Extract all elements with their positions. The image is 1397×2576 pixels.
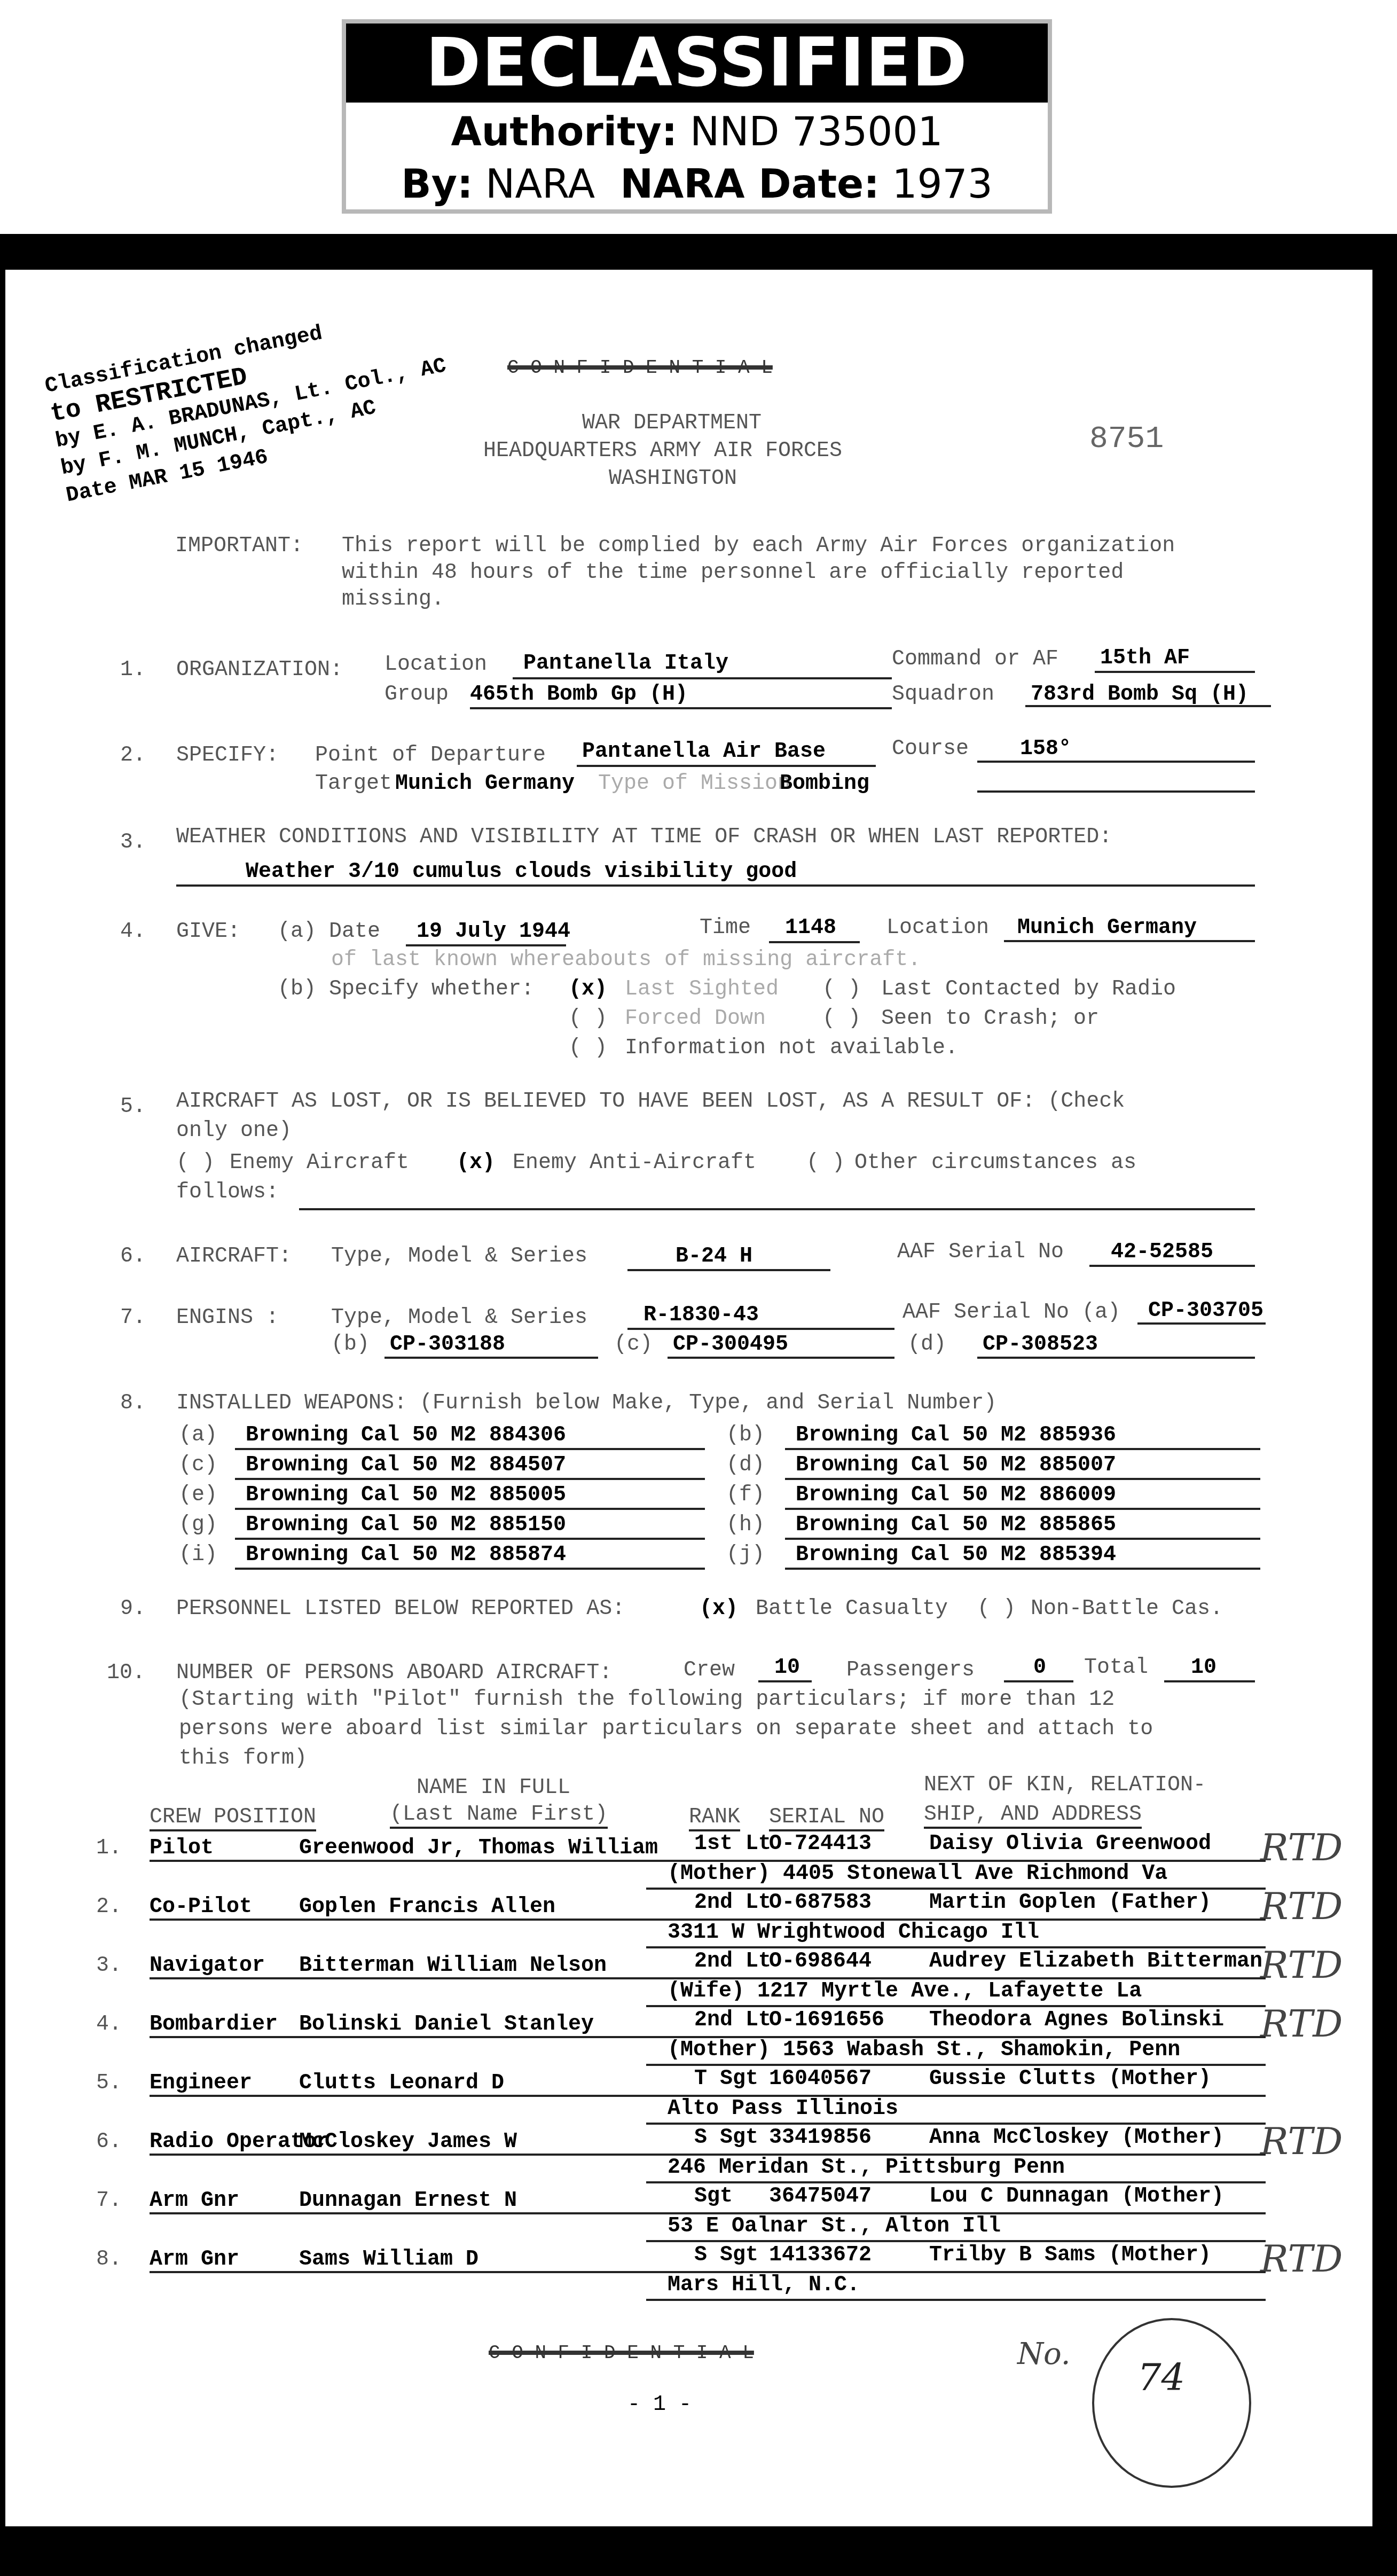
- engine-serial-a: CP-303705: [1148, 1299, 1263, 1323]
- date-note: of last known whereabouts of missing air…: [331, 948, 921, 972]
- departure-value: Pantanella Air Base: [582, 740, 826, 764]
- checkbox-anti-aircraft[interactable]: (x): [457, 1151, 495, 1175]
- crew-kin: Anna McCloskey (Mother): [929, 2126, 1224, 2150]
- engine-serial-label: AAF Serial No (a): [902, 1301, 1120, 1325]
- circled-number-value: 74: [1137, 2355, 1185, 2399]
- persons-aboard-label: NUMBER OF PERSONS ABOARD AIRCRAFT:: [176, 1661, 612, 1685]
- col-kin-top: NEXT OF KIN, RELATION-: [924, 1773, 1206, 1797]
- crew-name: McCloskey James W: [299, 2130, 517, 2154]
- weapon-key: (c): [179, 1453, 217, 1477]
- section-number: 4.: [120, 920, 146, 944]
- option-other: Other circumstances as: [854, 1151, 1136, 1175]
- crew-kin: Gussie Clutts (Mother): [929, 2067, 1211, 2091]
- total-count: 10: [1191, 1656, 1217, 1680]
- option-battle-casualty: Battle Casualty: [756, 1597, 948, 1621]
- command-label: Command or AF: [892, 647, 1058, 671]
- crew-kin-address: (Mother) 1563 Wabash St., Shamokin, Penn: [668, 2038, 1180, 2062]
- crew-kin: Audrey Elizabeth Bitterman: [929, 1949, 1262, 1974]
- page-number: - 1 -: [627, 2393, 692, 2417]
- date-label: (a) Date: [278, 920, 380, 944]
- weapon-key: (f): [726, 1483, 765, 1507]
- weather-label: WEATHER CONDITIONS AND VISIBILITY AT TIM…: [176, 825, 1112, 849]
- crew-serial: 14133672: [769, 2243, 872, 2267]
- squadron-value: 783rd Bomb Sq (H): [1031, 683, 1249, 707]
- crew-serial: 16040567: [769, 2067, 872, 2091]
- aircraft-type-label: Type, Model & Series: [331, 1244, 587, 1269]
- crew-rank: 2nd Lt: [694, 2008, 771, 2032]
- weapon-key: (g): [179, 1513, 217, 1537]
- classification-footer: C-O-N-F-I-D-E-N-T-I-A-L: [489, 2342, 754, 2364]
- persons-note: this form): [179, 1747, 307, 1771]
- war-department-heading: WAR DEPARTMENT: [582, 411, 762, 435]
- engine-serial-b: CP-303188: [390, 1333, 505, 1357]
- crew-name: Dunnagan Ernest N: [299, 2189, 517, 2213]
- engine-c-label: (c): [614, 1333, 653, 1357]
- checkbox-enemy-aircraft[interactable]: ( ): [176, 1151, 215, 1175]
- crew-rank: 2nd Lt: [694, 1891, 771, 1915]
- weapon-entry: Browning Cal 50 M2 885005: [246, 1483, 566, 1507]
- aircraft-serial-value: 42-52585: [1111, 1240, 1213, 1264]
- section-number: 7.: [120, 1306, 146, 1330]
- weapon-entry: Browning Cal 50 M2 885936: [796, 1423, 1116, 1447]
- crew-kin-address: (Mother) 4405 Stonewall Ave Richmond Va: [668, 1862, 1167, 1886]
- authority-label: Authority:: [451, 109, 677, 155]
- report-number: 8751: [1089, 422, 1164, 457]
- persons-note: persons were aboard list similar particu…: [179, 1717, 1153, 1741]
- crew-number: 7.: [96, 2189, 122, 2213]
- crew-serial: 33419856: [769, 2126, 872, 2150]
- engine-type-label: Type, Model & Series: [331, 1306, 587, 1330]
- option-anti-aircraft: Enemy Anti-Aircraft: [513, 1151, 756, 1175]
- crew-kin: Daisy Olivia Greenwood: [929, 1832, 1211, 1856]
- rtd-annotation: RTD: [1260, 2002, 1343, 2046]
- weapon-entry: Browning Cal 50 M2 886009: [796, 1483, 1116, 1507]
- checkbox-battle-casualty[interactable]: (x): [700, 1597, 738, 1621]
- crew-label: Crew: [684, 1658, 735, 1682]
- location-label: Location: [886, 916, 989, 940]
- crew-kin: Martin Goplen (Father): [929, 1891, 1211, 1915]
- col-name: (Last Name First): [390, 1803, 608, 1829]
- crew-kin-address: Mars Hill, N.C.: [668, 2273, 860, 2297]
- location-value: Munich Germany: [1017, 916, 1197, 940]
- rtd-annotation: RTD: [1260, 1884, 1343, 1928]
- target-value: Munich Germany: [395, 772, 575, 796]
- crew-name: Goplen Francis Allen: [299, 1895, 555, 1919]
- weapon-entry: Browning Cal 50 M2 885007: [796, 1453, 1116, 1477]
- mission-value: Bombing: [780, 772, 869, 796]
- organization-label: ORGANIZATION:: [176, 658, 343, 682]
- option-last-radio: Last Contacted by Radio: [881, 977, 1176, 1001]
- section-number: 9.: [120, 1597, 146, 1621]
- departure-label: Point of Departure: [315, 743, 546, 768]
- crew-position: Bombardier: [150, 2013, 278, 2037]
- crew-kin: Lou C Dunnagan (Mother): [929, 2184, 1224, 2209]
- crew-number: 6.: [96, 2130, 122, 2154]
- crew-rank: Sgt: [694, 2184, 733, 2209]
- declassified-banner: DECLASSIFIED Authority: NND 735001 By: N…: [342, 19, 1052, 214]
- crew-number: 5.: [96, 2071, 122, 2095]
- crew-kin: Theodora Agnes Bolinski: [929, 2008, 1224, 2032]
- number-label: No.: [1017, 2337, 1071, 2371]
- by-label: By:: [401, 161, 473, 207]
- col-serial: SERIAL NO: [769, 1805, 884, 1831]
- crew-number: 2.: [96, 1895, 122, 1919]
- nara-date-label: NARA Date:: [620, 161, 880, 207]
- crew-position: Engineer: [150, 2071, 252, 2095]
- group-value: 465th Bomb Gp (H): [470, 683, 688, 707]
- specify-label: SPECIFY:: [176, 743, 279, 768]
- crew-position: Navigator: [150, 1954, 265, 1978]
- aircraft-serial-label: AAF Serial No: [897, 1240, 1064, 1264]
- engine-serial-c: CP-300495: [673, 1333, 788, 1357]
- course-value: 158°: [1020, 737, 1071, 761]
- section-number: 6.: [120, 1244, 146, 1269]
- crew-number: 4.: [96, 2013, 122, 2037]
- checkbox-last-radio[interactable]: ( ): [822, 977, 861, 1001]
- weapon-key: (j): [726, 1543, 765, 1567]
- rtd-annotation: RTD: [1260, 2237, 1343, 2281]
- checkbox-seen-crash[interactable]: ( ): [822, 1007, 861, 1031]
- crew-kin-address: Alto Pass Illinois: [668, 2097, 898, 2121]
- authority-value: NND 735001: [690, 109, 943, 155]
- aircraft-label: AIRCRAFT:: [176, 1244, 292, 1269]
- rtd-annotation: RTD: [1260, 1943, 1343, 1987]
- checkbox-non-battle[interactable]: ( ): [977, 1597, 1016, 1621]
- crew-name: Sams William D: [299, 2248, 478, 2272]
- option-seen-crash: Seen to Crash; or: [881, 1007, 1099, 1031]
- weapon-entry: Browning Cal 50 M2 885874: [246, 1543, 566, 1567]
- checkbox-forced-down[interactable]: ( ): [569, 1007, 607, 1031]
- date-value: 19 July 1944: [417, 920, 570, 944]
- crew-number: 8.: [96, 2248, 122, 2272]
- weapon-key: (e): [179, 1483, 217, 1507]
- passengers-label: Passengers: [846, 1658, 975, 1682]
- checkbox-other[interactable]: ( ): [806, 1151, 845, 1175]
- declassified-title: DECLASSIFIED: [346, 24, 1048, 103]
- weapons-label: INSTALLED WEAPONS: (Furnish below Make, …: [176, 1391, 996, 1415]
- option-non-battle: Non-Battle Cas.: [1031, 1597, 1223, 1621]
- specify-whether-label: (b) Specify whether:: [278, 977, 534, 1001]
- circled-number: [1092, 2318, 1251, 2488]
- crew-name: Clutts Leonard D: [299, 2071, 504, 2095]
- course-label: Course: [892, 737, 969, 761]
- crew-number: 1.: [96, 1836, 122, 1860]
- by-line: By: NARA NARA Date: 1973: [346, 161, 1048, 207]
- crew-name: Bolinski Daniel Stanley: [299, 2013, 594, 2037]
- total-label: Total: [1084, 1656, 1148, 1680]
- hq-heading: HEADQUARTERS ARMY AIR FORCES: [483, 439, 842, 463]
- group-label: Group: [384, 683, 449, 707]
- crew-position: Arm Gnr: [150, 2189, 239, 2213]
- crew-kin-address: 53 E Oalnar St., Alton Ill: [668, 2214, 1001, 2238]
- aircraft-type-value: B-24 H: [676, 1244, 752, 1269]
- weapon-entry: Browning Cal 50 M2 884507: [246, 1453, 566, 1477]
- by-value: NARA: [485, 161, 595, 207]
- crew-serial: O-687583: [769, 1891, 872, 1915]
- important-line: This report will be complied by each Arm…: [342, 534, 1175, 558]
- crew-rank: S Sgt: [694, 2126, 758, 2150]
- weapon-key: (d): [726, 1453, 765, 1477]
- weather-value: Weather 3/10 cumulus clouds visibility g…: [246, 860, 797, 884]
- weapon-key: (h): [726, 1513, 765, 1537]
- nara-date-value: 1973: [892, 161, 992, 207]
- option-enemy-aircraft: Enemy Aircraft: [230, 1151, 409, 1175]
- crew-kin-address: 246 Meridan St., Pittsburg Penn: [668, 2156, 1065, 2180]
- weapon-key: (i): [179, 1543, 217, 1567]
- crew-serial: 36475047: [769, 2184, 872, 2209]
- col-name-top: NAME IN FULL: [417, 1776, 570, 1800]
- important-label: IMPORTANT:: [175, 534, 303, 558]
- engine-type-value: R-1830-43: [643, 1303, 759, 1327]
- loss-cause-label: AIRCRAFT AS LOST, OR IS BELIEVED TO HAVE…: [176, 1090, 1125, 1114]
- col-position: CREW POSITION: [150, 1805, 316, 1831]
- section-number: 1.: [120, 658, 146, 682]
- section-number: 10.: [107, 1661, 145, 1685]
- crew-kin: Trilby B Sams (Mother): [929, 2243, 1211, 2267]
- location-value: Pantanella Italy: [523, 652, 728, 676]
- location-label: Location: [384, 653, 487, 677]
- crew-position: Arm Gnr: [150, 2248, 239, 2272]
- target-label: Target: [315, 772, 392, 796]
- passengers-count: 0: [1033, 1656, 1046, 1680]
- checkbox-info-unavailable[interactable]: ( ): [569, 1036, 607, 1060]
- weapon-entry: Browning Cal 50 M2 884306: [246, 1423, 566, 1447]
- engine-b-label: (b): [331, 1333, 370, 1357]
- crew-rank: 1st Lt: [694, 1832, 771, 1856]
- crew-kin-address: 3311 W Wrightwood Chicago Ill: [668, 1921, 1039, 1945]
- authority-line: Authority: NND 735001: [346, 109, 1048, 155]
- follows-label: follows:: [176, 1180, 279, 1204]
- crew-position: Pilot: [150, 1836, 214, 1860]
- engines-label: ENGINS :: [176, 1306, 279, 1330]
- classification-header: C-O-N-F-I-D-E-N-T-I-A-L: [507, 357, 773, 379]
- option-forced-down: Forced Down: [625, 1007, 766, 1031]
- section-number: 5.: [120, 1095, 146, 1119]
- crew-number: 3.: [96, 1954, 122, 1978]
- crew-count: 10: [774, 1656, 800, 1680]
- crew-position: Co-Pilot: [150, 1895, 252, 1919]
- loss-cause-label-cont: only one): [176, 1119, 292, 1143]
- section-number: 8.: [120, 1391, 146, 1415]
- option-info-unavailable: Information not available.: [625, 1036, 958, 1060]
- section-number: 2.: [120, 743, 146, 768]
- persons-note: (Starting with "Pilot" furnish the follo…: [179, 1688, 1115, 1712]
- engine-serial-d: CP-308523: [983, 1333, 1098, 1357]
- crew-rank: 2nd Lt: [694, 1949, 771, 1974]
- personnel-status-label: PERSONNEL LISTED BELOW REPORTED AS:: [176, 1597, 625, 1621]
- crew-name: Bitterman William Nelson: [299, 1954, 607, 1978]
- crew-serial: O-698644: [769, 1949, 872, 1974]
- weapon-key: (a): [179, 1423, 217, 1447]
- command-value: 15th AF: [1100, 646, 1190, 670]
- crew-rank: T Sgt: [694, 2067, 758, 2091]
- important-line: missing.: [342, 588, 444, 612]
- washington-heading: WASHINGTON: [609, 467, 737, 491]
- crew-kin-address: (Wife) 1217 Myrtle Ave., Lafayette La: [668, 1979, 1142, 2003]
- squadron-label: Squadron: [892, 683, 994, 707]
- checkbox-last-sighted[interactable]: (x): [569, 977, 607, 1001]
- weapon-key: (b): [726, 1423, 765, 1447]
- rtd-annotation: RTD: [1260, 2119, 1343, 2163]
- weapon-entry: Browning Cal 50 M2 885150: [246, 1513, 566, 1537]
- col-kin: SHIP, AND ADDRESS: [924, 1803, 1142, 1829]
- time-label: Time: [700, 916, 751, 940]
- section-number: 3.: [120, 831, 146, 855]
- important-line: within 48 hours of the time personnel ar…: [342, 561, 1124, 585]
- mission-label: Type of Mission: [598, 772, 790, 796]
- weapon-entry: Browning Cal 50 M2 885865: [796, 1513, 1116, 1537]
- give-label: GIVE:: [176, 920, 240, 944]
- engine-d-label: (d): [908, 1333, 946, 1357]
- rtd-annotation: RTD: [1260, 1826, 1343, 1869]
- time-value: 1148: [785, 916, 836, 940]
- crew-serial: O-1691656: [769, 2008, 884, 2032]
- crew-rank: S Sgt: [694, 2243, 758, 2267]
- option-last-sighted: Last Sighted: [625, 977, 779, 1001]
- crew-name: Greenwood Jr, Thomas William: [299, 1836, 658, 1860]
- col-rank: RANK: [689, 1805, 740, 1831]
- weapon-entry: Browning Cal 50 M2 885394: [796, 1543, 1116, 1567]
- crew-serial: O-724413: [769, 1832, 872, 1856]
